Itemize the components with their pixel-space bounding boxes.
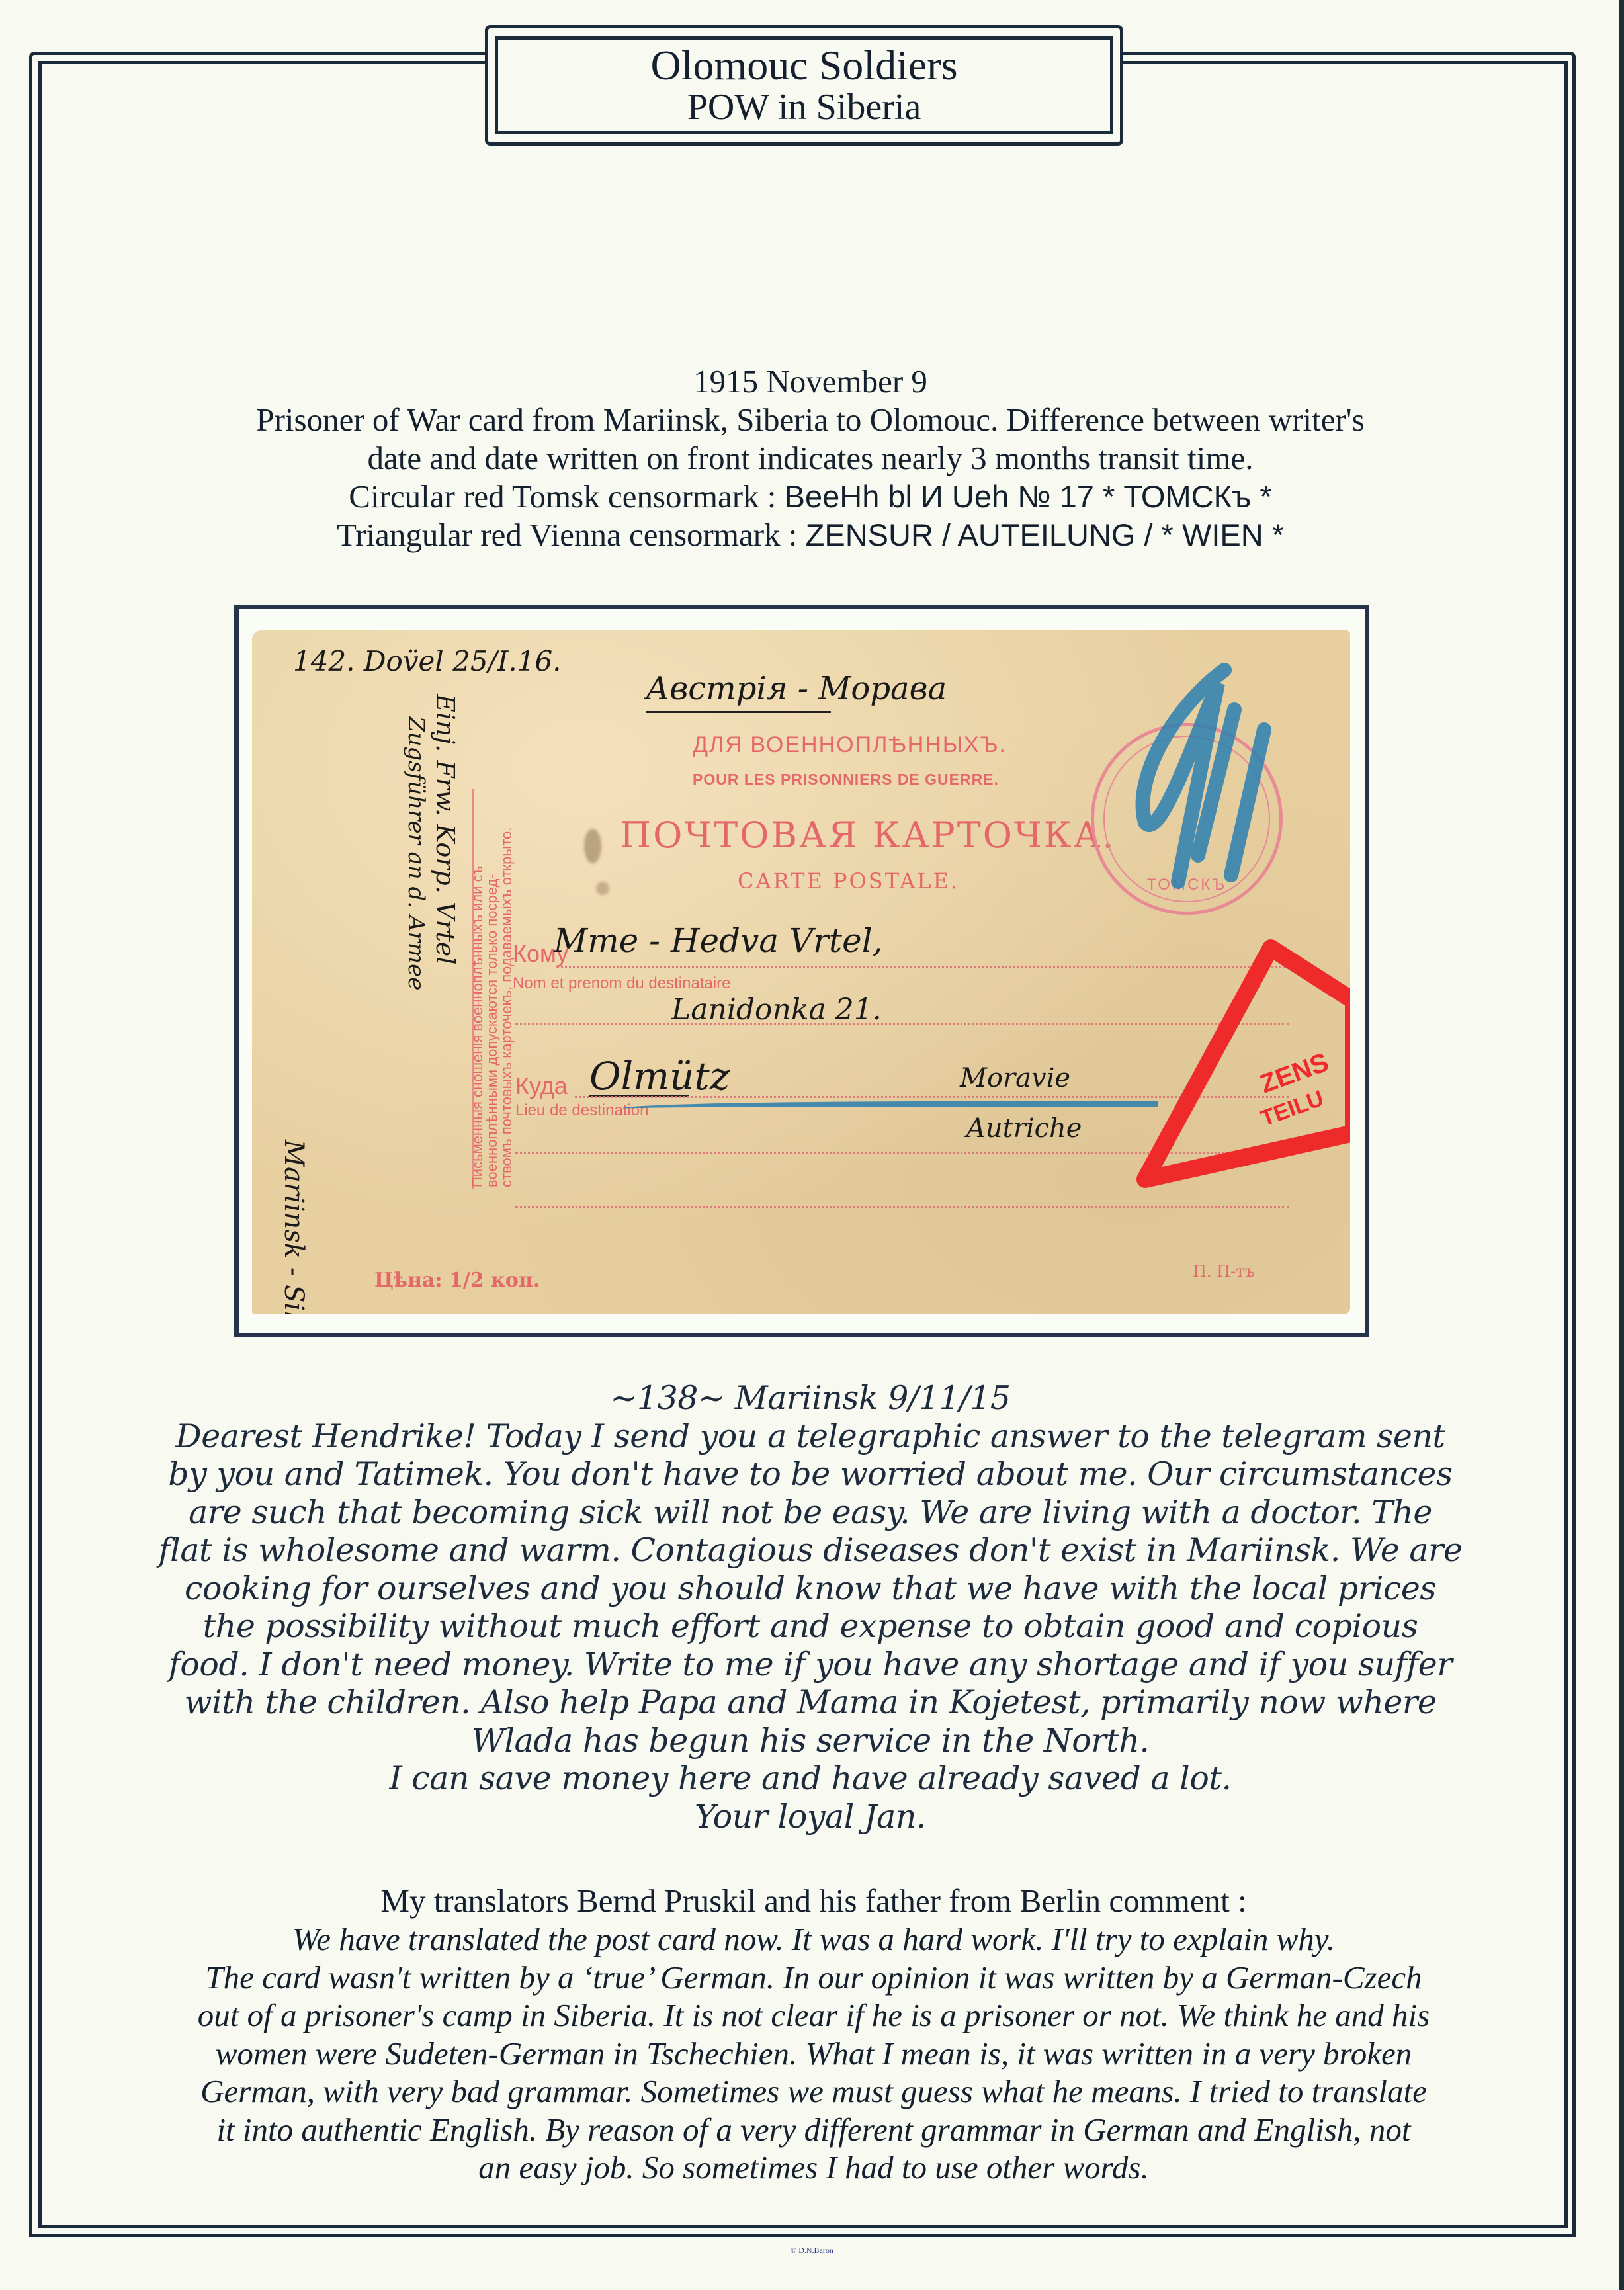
letter-line: with the children. Also help Papa and Ma… [60, 1683, 1561, 1722]
label-to-fr: Nom et prenom du destinataire [513, 974, 731, 993]
city: Olmütz [589, 1054, 730, 1099]
letter-line: the possibility without much effort and … [60, 1607, 1561, 1646]
vienna-censormark: Triangular red Vienna censormark : ZENSU… [99, 516, 1521, 554]
comment-line: it into authentic English. By reason of … [53, 2111, 1574, 2149]
description: 1915 November 9 Prisoner of War card fro… [99, 362, 1521, 554]
handwritten-date: 142. Dov̈el 25/I.16. [293, 645, 562, 677]
print-title-fr: CARTE POSTALE. [738, 869, 959, 894]
handwritten-sender-rank: Zugsführer an d. Armee [403, 716, 429, 990]
page-subtitle: POW in Siberia [687, 87, 921, 127]
street: Lanidonka 21. [671, 993, 882, 1027]
title-box: Olomouc Soldiers POW in Siberia [485, 25, 1123, 146]
letter-line: Dearest Hendrike! Today I send you a tel… [60, 1418, 1561, 1456]
side-print-notice: Письменныя сношенія военноплѣнныхъ или с… [470, 827, 514, 1187]
letter-header: ~138~ Mariinsk 9/11/15 [60, 1379, 1561, 1418]
stain [584, 829, 601, 863]
print-title-ru: ПОЧТОВАЯ КАРТОЧКА. [620, 814, 1116, 856]
letter-line: by you and Tatimek. You don't have to be… [60, 1455, 1561, 1494]
page-title: Olomouc Soldiers [651, 44, 958, 87]
description-line: date and date written on front indicates… [99, 439, 1521, 478]
tomsk-censormark-value: BeeHh bl И Ueh № 17 * ТОМСКъ * [785, 479, 1272, 514]
comment-line: out of a prisoner's camp in Siberia. It … [53, 1996, 1574, 2035]
comment-line: women were Sudeten-German in Tschechien.… [53, 2035, 1574, 2073]
handwritten-sender-place: Mariinsk - Sibérie [278, 1140, 309, 1314]
comment-line: an easy job. So sometimes I had to use o… [53, 2148, 1574, 2187]
letter-line: I can save money here and have already s… [60, 1760, 1561, 1798]
vienna-censor-stamp: ZENS TEILU [1132, 935, 1350, 1193]
vienna-censormark-value: ZENSUR / AUTEILUNG / * WIEN * [806, 517, 1284, 552]
underline [646, 711, 831, 713]
printer-mark: П. П-тъ [1193, 1262, 1255, 1281]
region: Moravie [960, 1063, 1070, 1093]
letter-line: cooking for ourselves and you should kno… [60, 1570, 1561, 1608]
tomsk-censormark: Circular red Tomsk censormark : BeeHh bl… [99, 478, 1521, 516]
translator-comment: My translators Bernd Pruskil and his fat… [53, 1882, 1574, 2187]
blue-pencil-initials [1099, 657, 1297, 895]
label-where-ru: Куда [515, 1072, 568, 1100]
address-line [515, 1206, 1289, 1208]
price: Цѣна: 1/2 коп. [374, 1269, 540, 1292]
translator-intro: My translators Bernd Pruskil and his fat… [53, 1882, 1574, 1920]
letter-signoff: Your loyal Jan. [60, 1798, 1561, 1836]
letter-line: food. I don't need money. Write to me if… [60, 1646, 1561, 1684]
addressee: Mme - Hedva Vrtel, [554, 921, 883, 960]
postcard: 142. Dov̈el 25/I.16. Австрія - Морава ДЛ… [252, 630, 1350, 1314]
svg-text:ZENS: ZENS [1256, 1048, 1332, 1099]
country: Autriche [966, 1113, 1082, 1144]
letter-line: are such that becoming sick will not be … [60, 1494, 1561, 1532]
letter-line: flat is wholesome and warm. Contagious d… [60, 1531, 1561, 1570]
letter-line: Wlada has begun his service in the North… [60, 1722, 1561, 1760]
postcard-mount: 142. Dov̈el 25/I.16. Австрія - Морава ДЛ… [234, 605, 1369, 1337]
letter-translation: ~138~ Mariinsk 9/11/15 Dearest Hendrike!… [60, 1379, 1561, 1836]
handwritten-sender-name: Einj. Frw. Korp. Vrtel [431, 694, 460, 964]
comment-line: The card wasn't written by a ‘true’ Germ… [53, 1959, 1574, 1997]
comment-line: German, with very bad grammar. Sometimes… [53, 2072, 1574, 2111]
print-pow-fr: POUR LES PRISONNIERS DE GUERRE. [693, 771, 999, 788]
blue-pencil-underline [622, 1101, 1158, 1113]
copyright: © D.N.Baron [0, 2246, 1624, 2256]
description-line: Prisoner of War card from Mariinsk, Sibe… [99, 401, 1521, 439]
handwritten-country: Австрія - Морава [646, 670, 947, 707]
stain [596, 882, 609, 895]
scan-edge [1619, 0, 1624, 2290]
print-pow-ru: ДЛЯ ВОЕННОПЛѢННЫХЪ. [693, 732, 1007, 758]
description-date: 1915 November 9 [99, 362, 1521, 401]
translator-body: We have translated the post card now. It… [53, 1920, 1574, 2187]
comment-line: We have translated the post card now. It… [53, 1920, 1574, 1959]
